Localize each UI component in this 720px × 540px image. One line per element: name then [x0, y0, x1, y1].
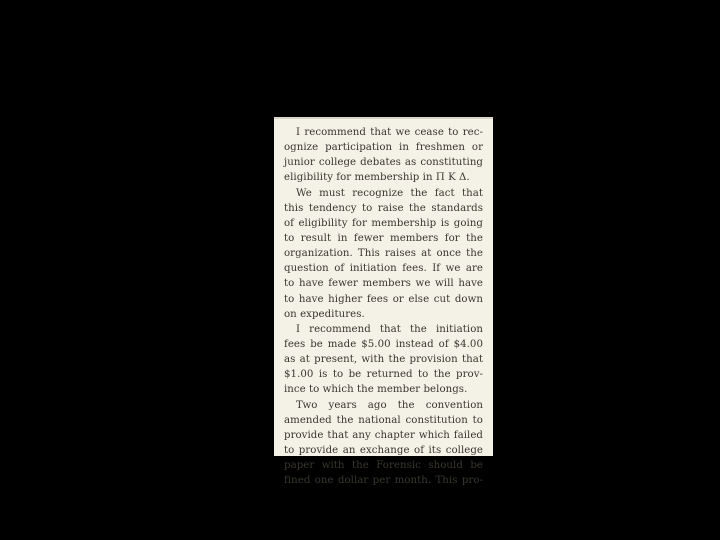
paragraph-fee-recommendation-1: I recommend that we cease to rec- ognize… [284, 125, 483, 186]
paragraph-eligibility-standards: We must recognize the fact that this ten… [284, 186, 483, 322]
paragraph-initiation-fees: I recommend that the initiation fees be … [284, 322, 483, 398]
text-line: $1.00 is to be returned to the prov- [284, 367, 483, 382]
text-line: ognize participation in freshmen or [284, 140, 483, 155]
text-line: I recommend that the initiation [284, 322, 483, 337]
text-line: organization. This raises at once the [284, 246, 483, 261]
text-line: this tendency to raise the standards [284, 201, 483, 216]
scanned-document-page: I recommend that we cease to rec- ognize… [274, 117, 493, 456]
text-line: Two years ago the convention [284, 398, 483, 413]
text-line: as at present, with the provision that [284, 352, 483, 367]
text-line: provide that any chapter which failed [284, 428, 483, 443]
text-line: eligibility for membership in Π K Δ. [284, 170, 483, 185]
text-line: on expeditures. [284, 307, 483, 322]
text-line: fees be made $5.00 instead of $4.00 [284, 337, 483, 352]
text-line: of eligibility for membership is going [284, 216, 483, 231]
paragraph-convention-amendment: Two years ago the convention amended the… [284, 398, 483, 489]
text-line: to result in fewer members for the [284, 231, 483, 246]
text-line: We must recognize the fact that [284, 186, 483, 201]
page-top-edge [274, 117, 493, 119]
text-line: ince to which the member belongs. [284, 382, 483, 397]
text-line: to have fewer members we will have [284, 276, 483, 291]
text-line: fined one dollar per month. This pro- [284, 473, 483, 488]
text-line: paper with the Forensic should be [284, 458, 483, 473]
text-line: to have higher fees or else cut down [284, 292, 483, 307]
text-line: amended the national constitution to [284, 413, 483, 428]
text-line: to provide an exchange of its college [284, 443, 483, 458]
text-line: I recommend that we cease to rec- [284, 125, 483, 140]
text-line: question of initiation fees. If we are [284, 261, 483, 276]
text-line: junior college debates as constituting [284, 155, 483, 170]
